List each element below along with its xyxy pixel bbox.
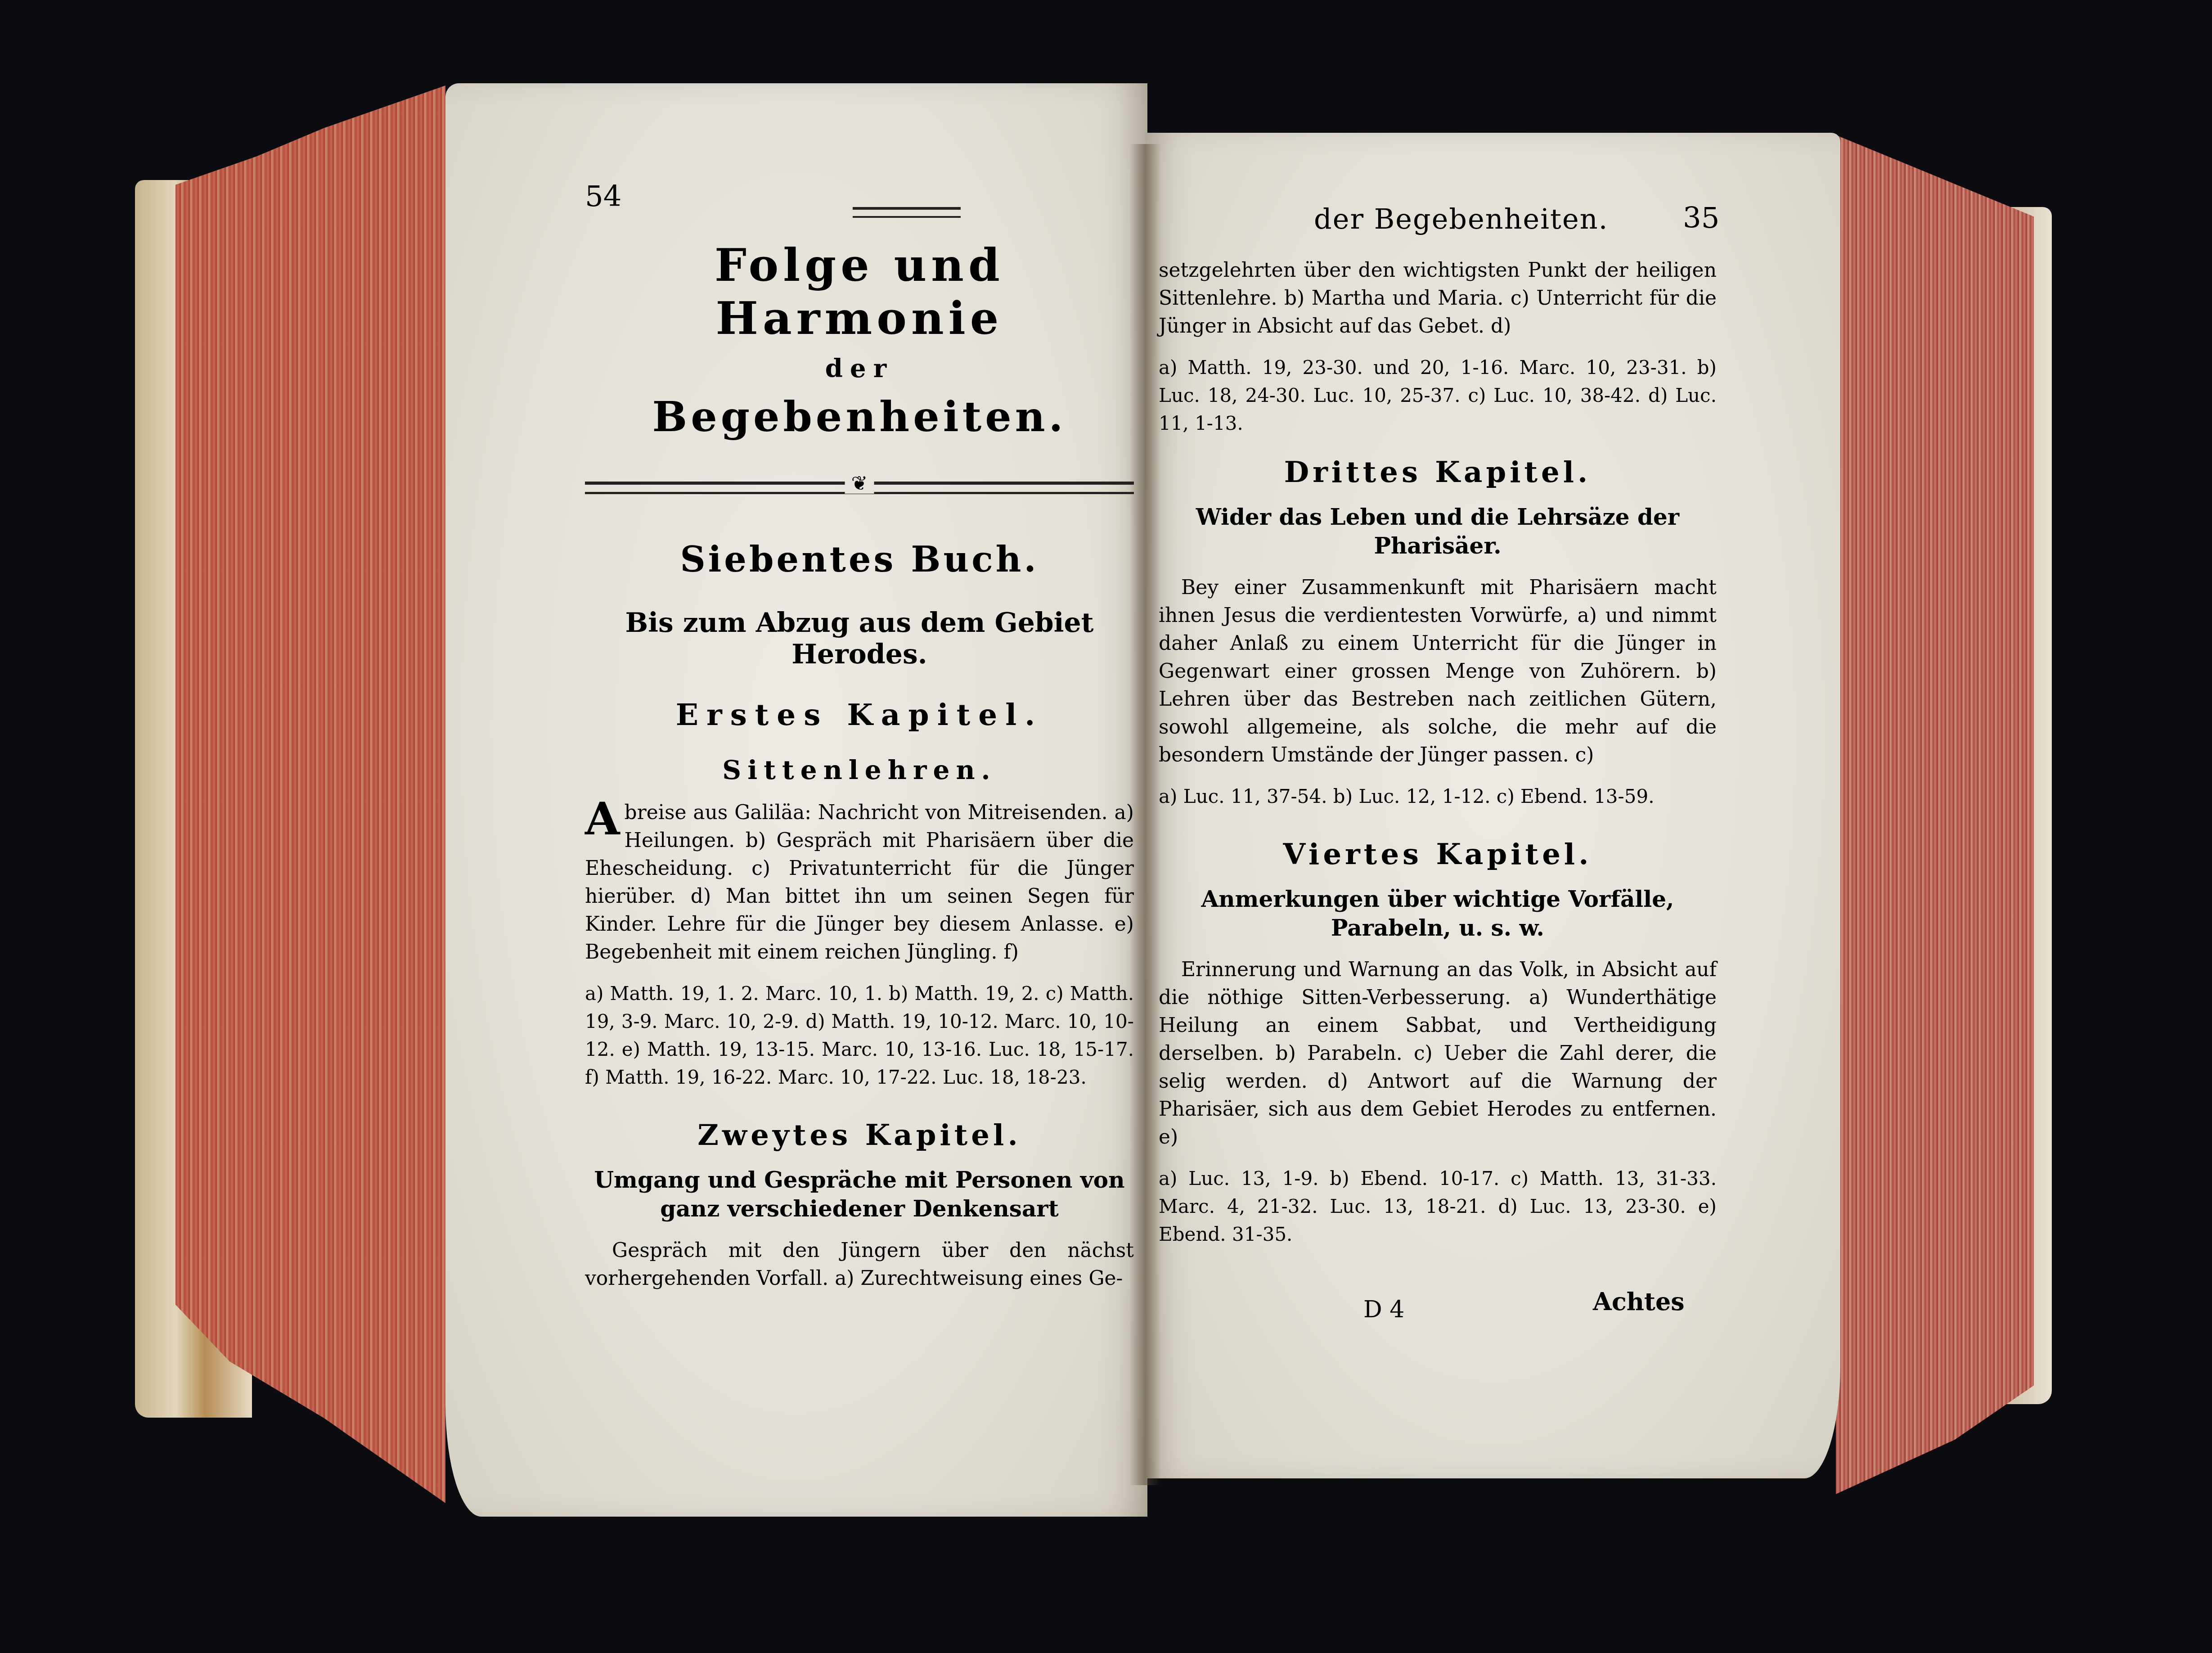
ornament-icon: ❦: [845, 474, 874, 494]
chapter-heading: Drittes Kapitel.: [1159, 455, 1717, 489]
scripture-references: a) Luc. 11, 37-54. b) Luc. 12, 1-12. c) …: [1159, 783, 1717, 811]
title-block: Folge und Harmonie der Begebenheiten.: [585, 239, 1134, 441]
chapter-body-text: breise aus Galiläa: Nachricht von Mitrei…: [585, 801, 1134, 964]
right-page-content: setzgelehrten über den wichtigsten Punkt…: [1159, 257, 1717, 1266]
signature-mark: D 4: [1363, 1296, 1404, 1323]
book-heading: Siebentes Buch.: [585, 539, 1134, 580]
chapter-body: Gespräch mit den Jüngern über den nächst…: [585, 1237, 1134, 1293]
left-page-content: Folge und Harmonie der Begebenheiten. ❦ …: [585, 239, 1134, 1306]
title-line-3: Begebenheiten.: [585, 392, 1134, 441]
chapter-body: Abreise aus Galiläa: Nachricht von Mitre…: [585, 799, 1134, 966]
red-page-edges-left: [175, 86, 445, 1503]
page-number-right: 35: [1683, 202, 1719, 235]
catchword: Achtes: [1593, 1287, 1685, 1316]
chapter-heading: Viertes Kapitel.: [1159, 838, 1717, 871]
title-line-1: Folge und Harmonie: [585, 239, 1134, 345]
chapter-body: Erinnerung und Warnung an das Volk, in A…: [1159, 956, 1717, 1151]
drop-cap: A: [585, 801, 620, 837]
page-number-left: 54: [585, 180, 621, 213]
title-line-2: der: [585, 354, 1134, 383]
chapter-subtitle: Anmerkungen über wichtige Vorfälle, Para…: [1159, 885, 1717, 942]
chapter-body: Bey einer Zusammenkunft mit Pharisäern m…: [1159, 574, 1717, 769]
scripture-references: a) Matth. 19, 1. 2. Marc. 10, 1. b) Matt…: [585, 980, 1134, 1091]
chapter-subtitle: Wider das Leben und die Lehrsäze der Pha…: [1159, 503, 1717, 560]
chapter-heading: Zweytes Kapitel.: [585, 1118, 1134, 1152]
running-head: der Begebenheiten.: [1314, 203, 1608, 235]
continued-text: setzgelehrten über den wichtigsten Punkt…: [1159, 257, 1717, 340]
chapter-subtitle: Umgang und Gespräche mit Personen von ga…: [585, 1166, 1134, 1223]
chapter-topic: Sittenlehren.: [585, 755, 1134, 785]
red-page-edges-right: [1836, 135, 2034, 1494]
scripture-references: a) Matth. 19, 23-30. und 20, 1-16. Marc.…: [1159, 354, 1717, 437]
part-heading: Bis zum Abzug aus dem Gebiet Herodes.: [585, 607, 1134, 670]
book-photo: 54 Folge und Harmonie der Begebenheiten.…: [0, 0, 2212, 1653]
chapter-heading: Erstes Kapitel.: [585, 697, 1134, 732]
scripture-references: a) Luc. 13, 1-9. b) Ebend. 10-17. c) Mat…: [1159, 1165, 1717, 1248]
ornamental-rule: ❦: [585, 482, 1134, 494]
header-rule: [853, 207, 961, 218]
book-gutter: [1129, 144, 1161, 1485]
